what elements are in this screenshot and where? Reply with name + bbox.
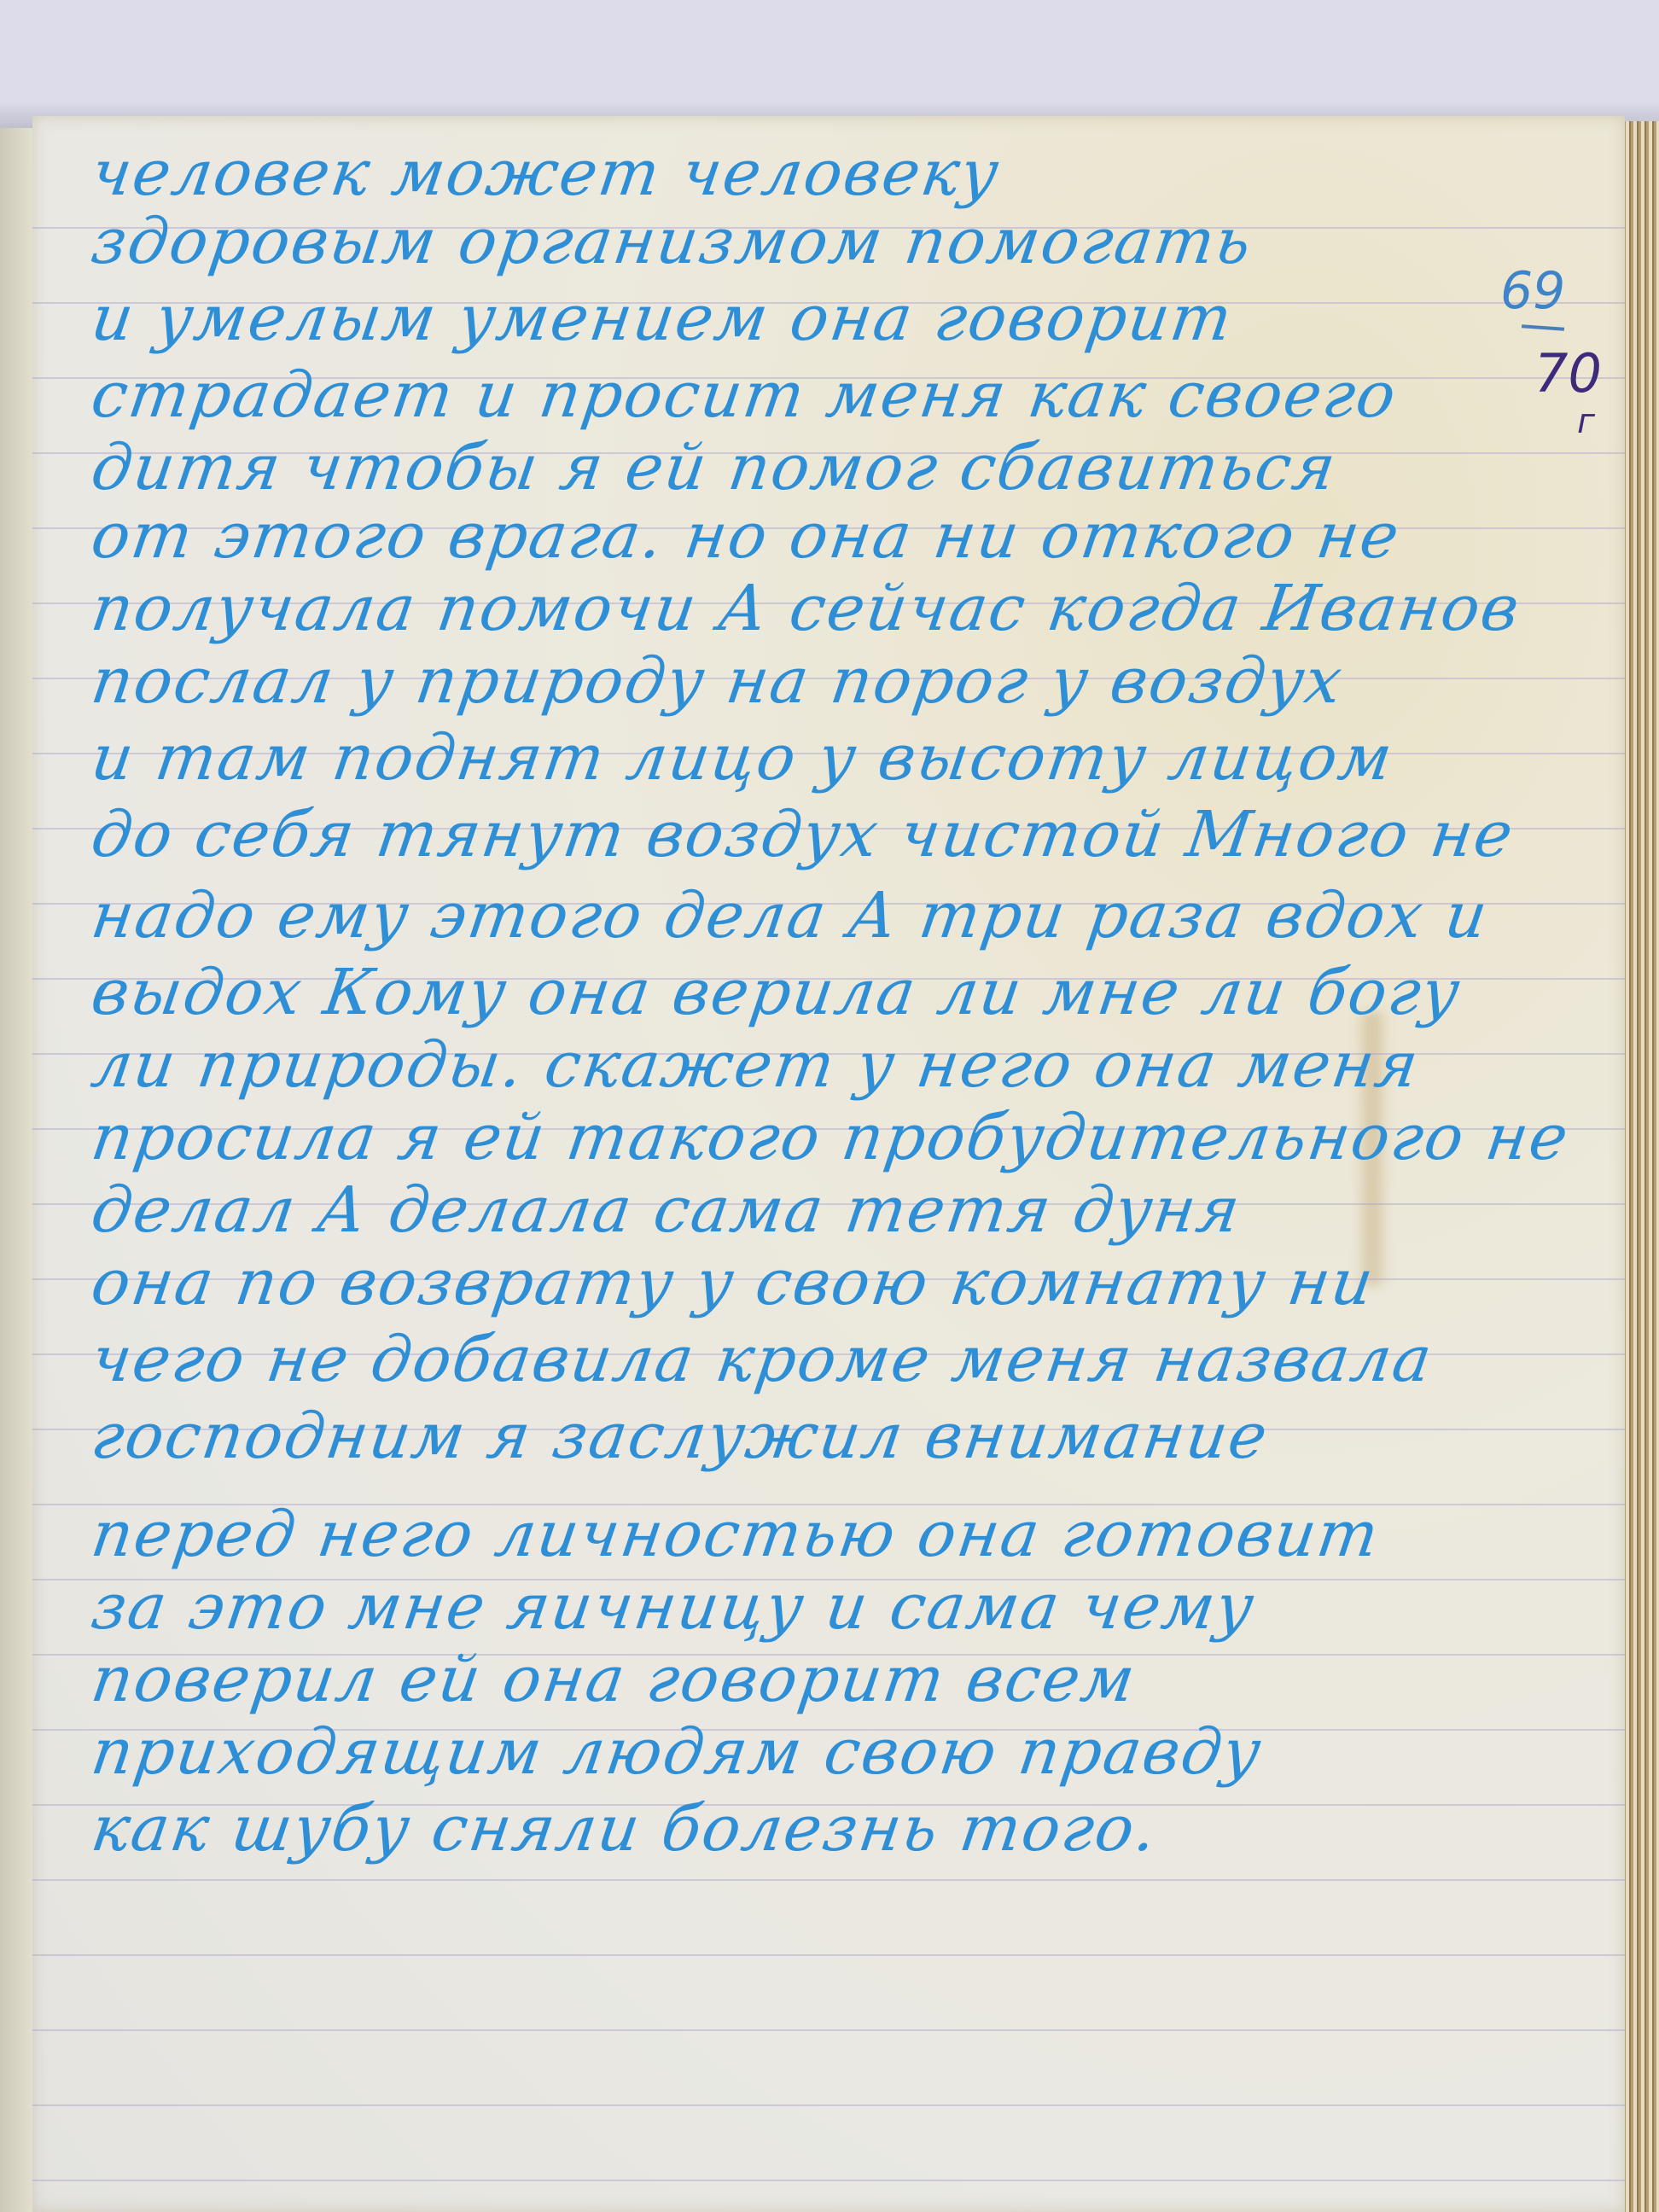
handwritten-line: перед него личностью она готовит <box>88 1503 1384 1566</box>
handwritten-line: за это мне яичницу и сама чему <box>88 1575 1260 1639</box>
ruled-line <box>32 1879 1625 1881</box>
handwritten-line: ли природы. скажет у него она меня <box>88 1033 1423 1097</box>
page-number: 69 <box>1500 261 1565 321</box>
handwritten-line: чего не добавила кроме меня назвала <box>88 1328 1437 1391</box>
handwritten-line: послал у природу на порог у воздух <box>88 649 1348 713</box>
ruled-line <box>32 2180 1625 2181</box>
handwritten-line: дитя чтобы я ей помог сбавиться <box>88 436 1341 499</box>
handwritten-line: господним я заслужил внимание <box>88 1405 1272 1468</box>
handwritten-line: и умелым умением она говорит <box>88 287 1237 350</box>
ruled-line <box>32 2104 1625 2106</box>
page-stack-edge <box>1623 121 1659 2212</box>
ruled-line <box>32 1954 1625 1956</box>
handwritten-line: и там поднят лицо у высоту лицом <box>88 726 1397 789</box>
ruled-line <box>32 2029 1625 2031</box>
handwritten-line: до себя тянут воздух чистой Много не <box>88 803 1518 866</box>
handwritten-line: как шубу сняли болезнь того. <box>88 1797 1161 1860</box>
handwritten-line: страдает и просит меня как своего <box>88 364 1401 427</box>
handwritten-line: поверил ей она говорит всем <box>88 1648 1140 1711</box>
page-number-alt: 70 <box>1534 342 1602 405</box>
previous-page-edge <box>0 128 36 2212</box>
handwritten-line: выдох Кому она верила ли мне ли богу <box>88 961 1465 1024</box>
handwritten-line: надо ему этого дела А три раза вдох и <box>88 884 1493 947</box>
handwritten-line: просила я ей такого пробудительного не <box>88 1106 1574 1169</box>
notebook-page: 69 70 г человек может человекуздоровым о… <box>32 116 1625 2212</box>
handwritten-line: приходящим людям свою правду <box>88 1720 1266 1784</box>
handwritten-line: от этого врага. но она ни откого не <box>88 504 1405 568</box>
handwritten-line: здоровым организмом помогать <box>88 210 1256 273</box>
page-number-suffix: г <box>1577 402 1595 441</box>
page-number-divider <box>1522 324 1564 330</box>
handwritten-line: делал А делала сама тетя дуня <box>88 1179 1245 1242</box>
handwritten-line: получала помочи А сейчас когда Иванов <box>88 577 1524 640</box>
handwritten-line: человек может человеку <box>88 142 1004 205</box>
handwritten-line: она по возврату у свою комнату ни <box>88 1251 1378 1314</box>
